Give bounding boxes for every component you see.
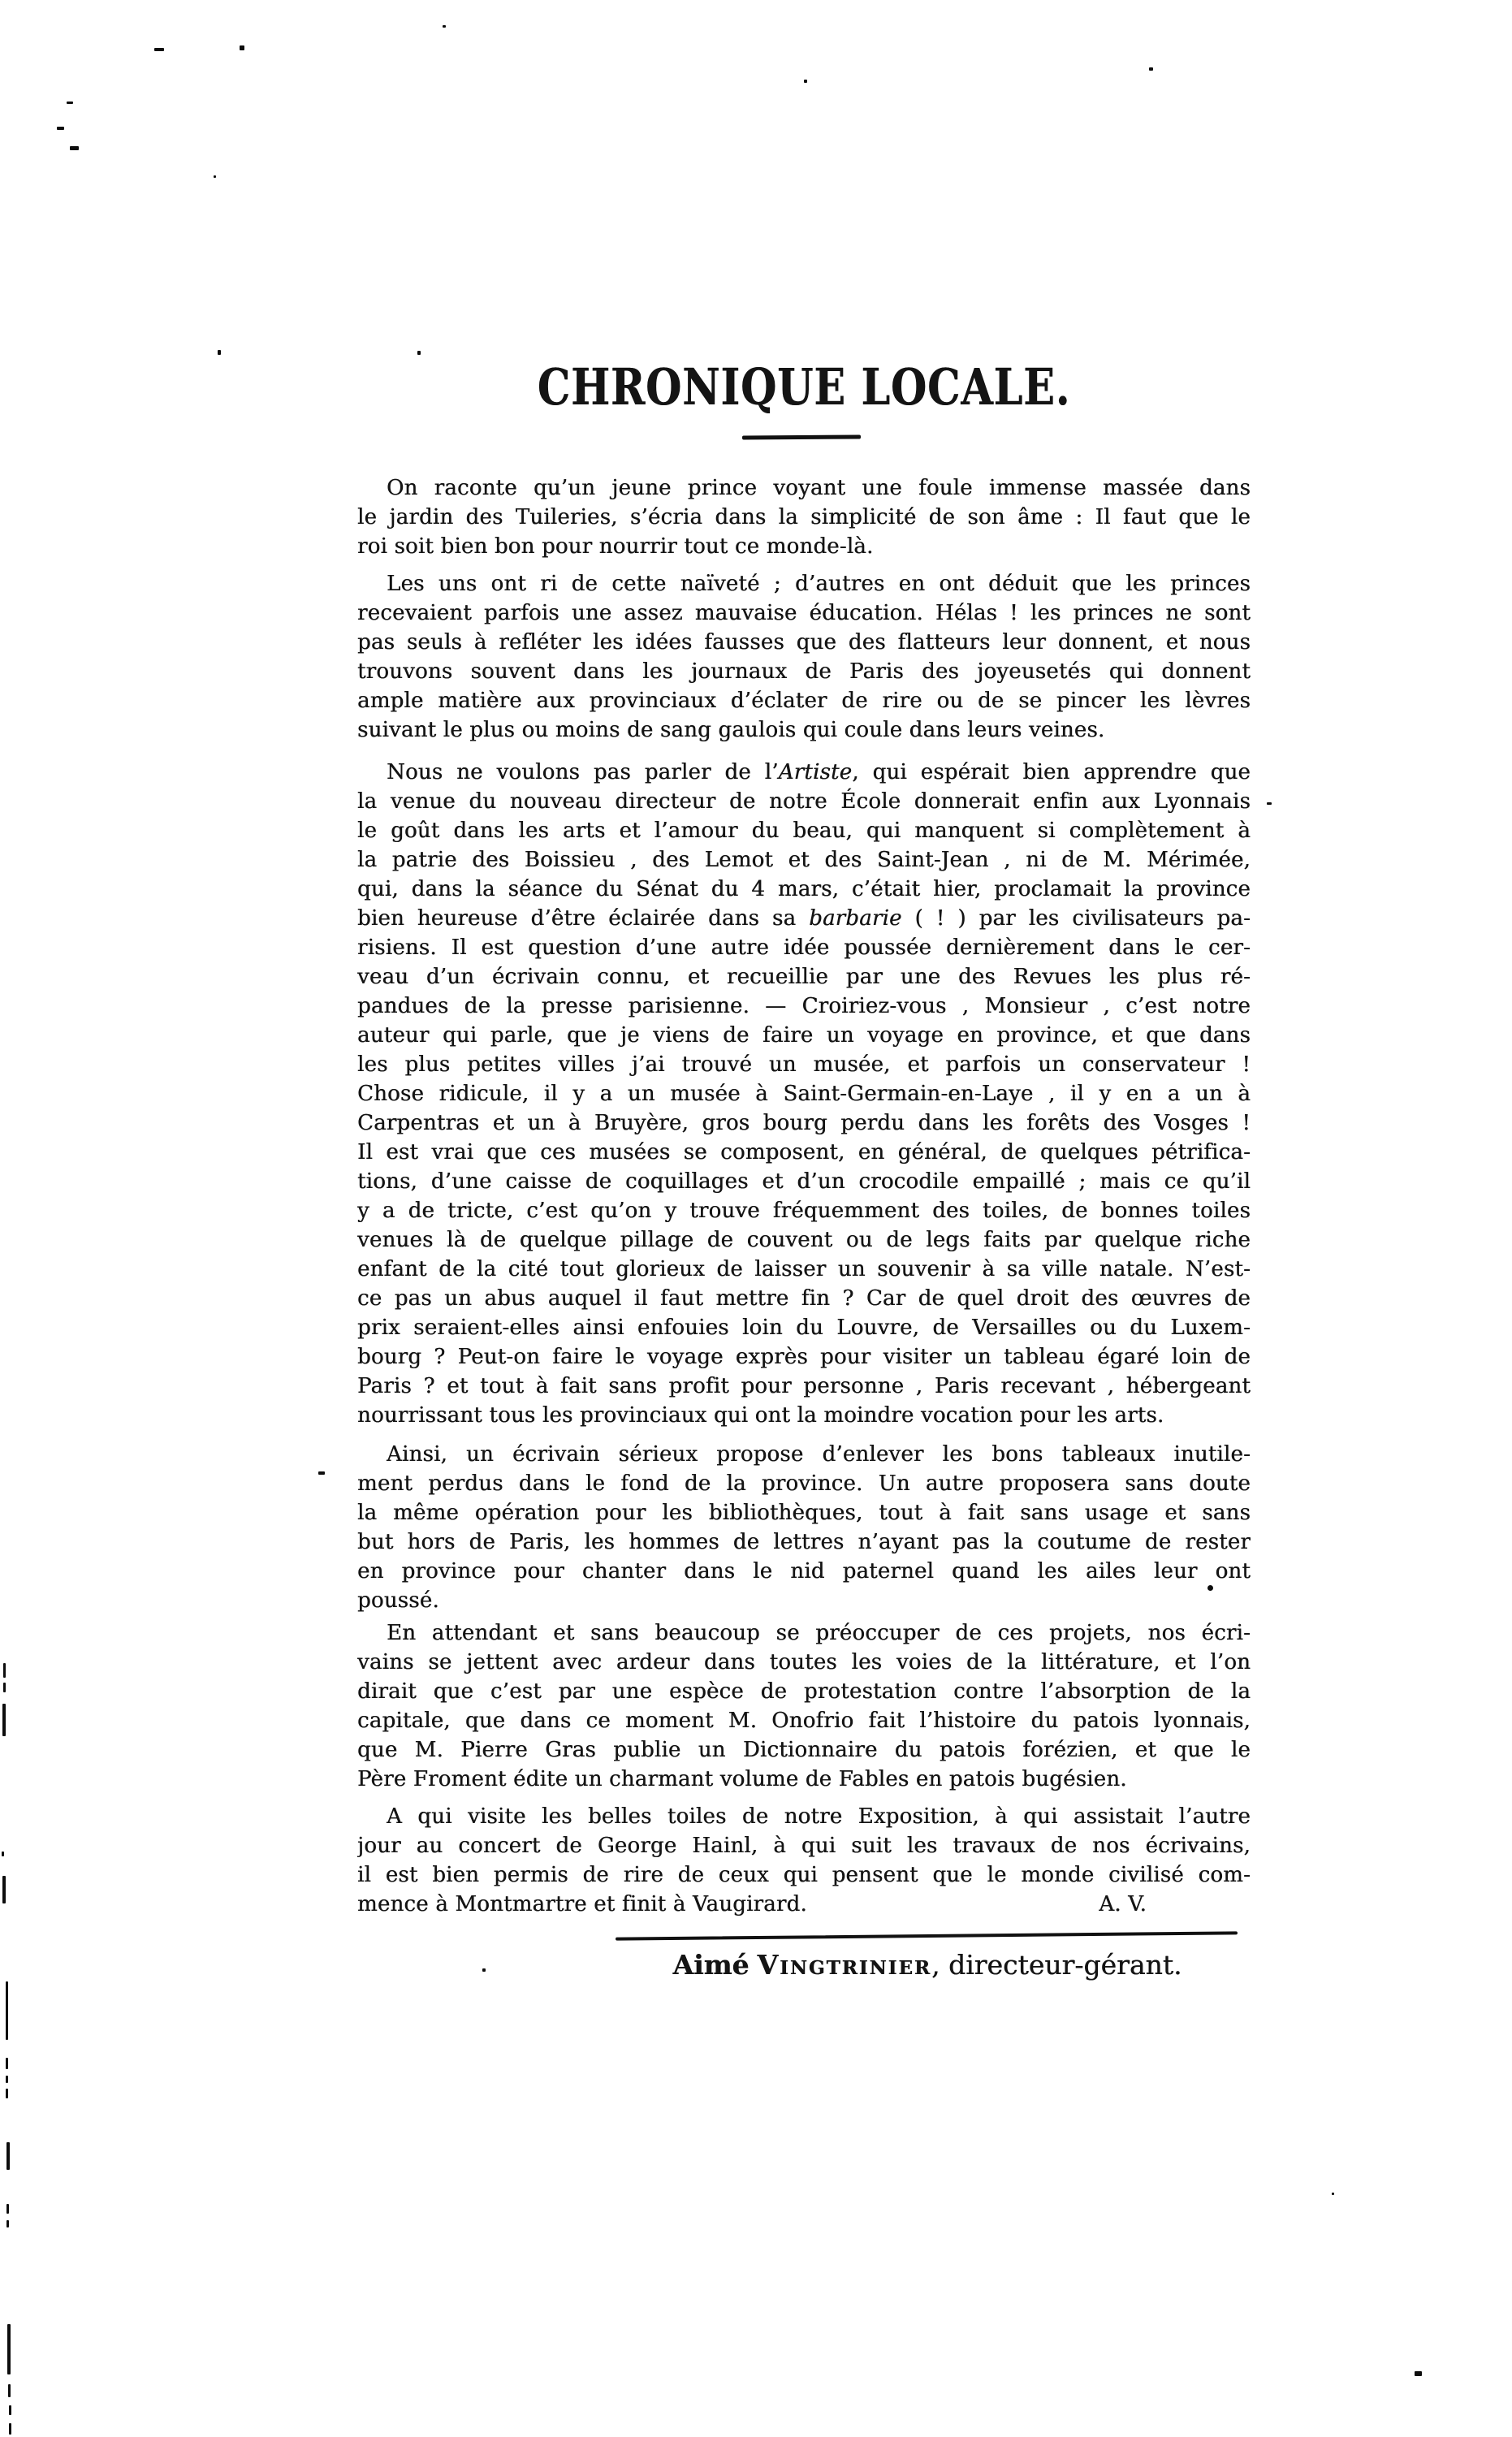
text-line: ample matière aux provinciaux d’éclater … [357,686,1251,715]
scan-artifact [482,1968,486,1972]
text-line: recevaient parfois une assez mauvaise éd… [357,598,1251,628]
text-line: trouvons souvent dans les journaux de Pa… [357,657,1251,686]
text-line: pandues de la presse parisienne. — Croir… [357,992,1251,1021]
text-line: capitale, que dans ce moment M. Onofrio … [357,1706,1251,1735]
text-line: but hors de Paris, les hommes de lettres… [357,1527,1251,1557]
scan-artifact [2,1876,6,1903]
scan-artifact [1415,2371,1422,2376]
text-line: ment perdus dans le fond de la province.… [357,1469,1251,1498]
text-line: la venue du nouveau directeur de notre É… [357,787,1251,816]
text-line: veau d’un écrivain connu, et recueillie … [357,962,1251,992]
text-line: Il est vrai que ces musées se composent,… [357,1138,1251,1167]
scan-artifact [8,2384,11,2397]
text-line: Les uns ont ri de cette naïveté ; d’autr… [357,569,1251,598]
scan-artifact [1332,2193,1334,2195]
byline: AiméVingtrinier, directeur-gérant. [643,1946,1212,1985]
text-line: On raconte qu’un jeune prince voyant une… [357,473,1251,503]
text-line: poussé. [357,1586,1251,1615]
text-line: la patrie des Boissieu , des Lemot et de… [357,845,1251,875]
text-line: A qui visite les belles toiles de notre … [357,1802,1251,1831]
scan-artifact [443,25,446,28]
text-line: ce pas un abus auquel il faut mettre fin… [357,1284,1251,1313]
scan-artifact [6,2076,8,2083]
scan-artifact [154,48,164,51]
closing-line: mence à Montmartre et finit à Vaugirard.… [357,1890,1251,1919]
title-block: CHRONIQUE LOCALE. [357,357,1251,417]
text-line: pas seuls à refléter les idées fausses q… [357,628,1251,657]
text-line: roi soit bien bon pour nourrir tout ce m… [357,532,1251,561]
scan-artifact [2,1852,4,1856]
title-divider [742,434,861,439]
text-line: mence à Montmartre et finit à Vaugirard. [357,1890,807,1919]
text-line: bien heureuse d’être éclairée dans sa ba… [357,904,1251,933]
scan-artifact [6,2089,8,2098]
scan-artifact [70,146,79,150]
text-line: Paris ? et tout à fait sans profit pour … [357,1372,1251,1401]
scan-artifact [7,2324,11,2374]
text-line: enfant de la cité tout glorieux de laiss… [357,1255,1251,1284]
text-line: en province pour chanter dans le nid pat… [357,1557,1251,1586]
text-line: nourrissant tous les provinciaux qui ont… [357,1401,1251,1430]
text-line: la même opération pour les bibliothèques… [357,1498,1251,1527]
byline-surname: Vingtrinier [758,1949,931,1981]
paragraph-1: On raconte qu’un jeune prince voyant une… [357,473,1251,561]
scan-artifact [3,1663,6,1678]
text-line: dirait que c’est par une espèce de prote… [357,1677,1251,1706]
scan-artifact [6,2058,8,2069]
author-initials: A. V. [1099,1890,1147,1919]
scan-artifact [218,350,221,355]
text-line: Carpentras et un à Bruyère, gros bourg p… [357,1108,1251,1138]
scan-artifact [804,80,807,83]
text-line: bourg ? Peut-on faire le voyage exprès p… [357,1342,1251,1372]
text-line: En attendant et sans beaucoup se préoccu… [357,1618,1251,1648]
byline-given-name: Aimé [672,1949,749,1981]
text-line: le jardin des Tuileries, s’écria dans la… [357,503,1251,532]
text-line: auteur qui parle, que je viens de faire … [357,1021,1251,1050]
paragraph-6: A qui visite les belles toiles de notre … [357,1802,1251,1919]
text-line: prix seraient-elles ainsi enfouies loin … [357,1313,1251,1342]
text-line: y a de tricte, c’est qu’on y trouve fréq… [357,1196,1251,1225]
text-line: Ainsi, un écrivain sérieux propose d’enl… [357,1440,1251,1469]
text-line: tions, d’une caisse de coquillages et d’… [357,1167,1251,1196]
signature-divider [616,1931,1238,1940]
scan-artifact [57,127,64,130]
paragraph-3: Nous ne voulons pas parler de l’Artiste,… [357,758,1251,1430]
document-page: CHRONIQUE LOCALE. On raconte qu’un jeune… [0,0,1512,2437]
scan-artifact [2,1704,6,1736]
text-line: qui, dans la séance du Sénat du 4 mars, … [357,875,1251,904]
scan-artifact [6,2204,9,2214]
scan-artifact [417,351,421,355]
scan-artifact [240,45,244,50]
scan-artifact [6,1981,8,2040]
text-line: Nous ne voulons pas parler de l’Artiste,… [357,758,1251,787]
scan-artifact [6,2142,10,2170]
text-line: il est bien permis de rire de ceux qui p… [357,1860,1251,1890]
scan-artifact [1267,802,1272,805]
text-line: le goût dans les arts et l’amour du beau… [357,816,1251,845]
scan-artifact [3,1683,6,1692]
text-line: Père Froment édite un charmant volume de… [357,1765,1251,1794]
scan-artifact [1207,1585,1213,1591]
text-line: les plus petites villes j’ai trouvé un m… [357,1050,1251,1079]
scan-artifact [9,2405,11,2415]
scan-artifact [6,2220,9,2227]
scan-artifact [1149,67,1153,71]
text-line: risiens. Il est question d’une autre idé… [357,933,1251,962]
scan-artifact [9,2423,11,2435]
text-line: jour au concert de George Hainl, à qui s… [357,1831,1251,1860]
page-title: CHRONIQUE LOCALE. [438,357,1170,417]
text-line: que M. Pierre Gras publie un Dictionnair… [357,1735,1251,1765]
scan-artifact [67,102,73,104]
text-line: vains se jettent avec ardeur dans toutes… [357,1648,1251,1677]
byline-role: , directeur-gérant. [931,1949,1182,1981]
paragraph-5: En attendant et sans beaucoup se préoccu… [357,1618,1251,1794]
article-body: On raconte qu’un jeune prince voyant une… [357,473,1251,1919]
text-line: suivant le plus ou moins de sang gaulois… [357,715,1251,745]
paragraph-4: Ainsi, un écrivain sérieux propose d’enl… [357,1440,1251,1615]
text-line: Chose ridicule, il y a un musée à Saint-… [357,1079,1251,1108]
paragraph-2: Les uns ont ri de cette naïveté ; d’autr… [357,569,1251,745]
scan-artifact [318,1471,325,1475]
text-line: venues là de quelque pillage de couvent … [357,1225,1251,1255]
scan-artifact [214,175,216,178]
